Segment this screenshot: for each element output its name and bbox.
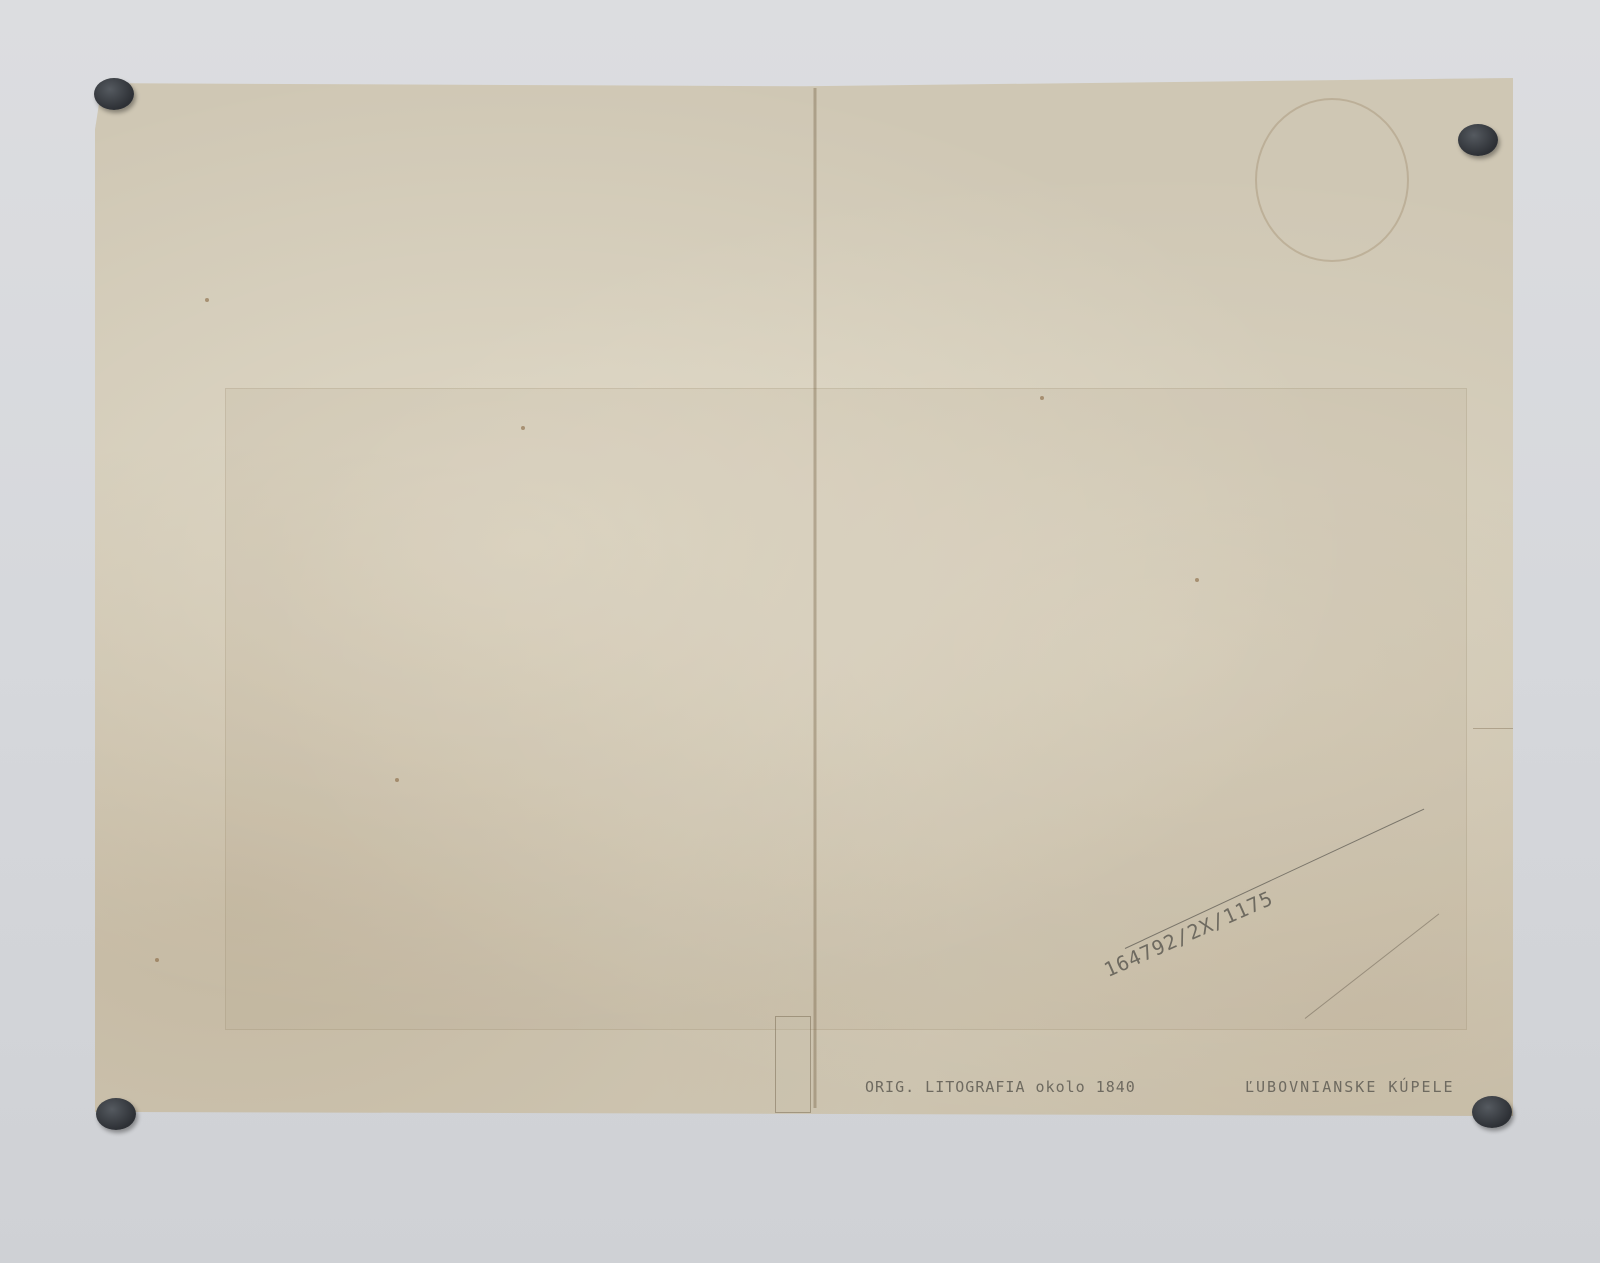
foxing-spot	[1195, 578, 1199, 582]
tape-repair-strip	[775, 1016, 811, 1113]
location-title-note: ĽUBOVNIANSKE KÚPELE	[1245, 1078, 1455, 1096]
lithograph-sheet-verso: 164792/2X/1175 ORIG. LITOGRAFIA okolo 18…	[95, 78, 1513, 1116]
foxing-spot	[205, 298, 209, 302]
foxing-spot	[395, 778, 399, 782]
edge-tear	[1473, 728, 1513, 745]
foxing-spot	[521, 426, 525, 430]
magnet-top-left	[94, 78, 134, 110]
foxing-spot	[1040, 396, 1044, 400]
magnet-bottom-right	[1472, 1096, 1512, 1128]
plate-show-through	[225, 388, 1467, 1030]
photo-stage: 164792/2X/1175 ORIG. LITOGRAFIA okolo 18…	[0, 0, 1600, 1263]
water-ring-stain	[1255, 98, 1409, 262]
magnet-top-right	[1458, 124, 1498, 156]
foxing-spot	[155, 958, 159, 962]
magnet-bottom-left	[96, 1098, 136, 1130]
medium-date-note: ORIG. LITOGRAFIA okolo 1840	[865, 1078, 1136, 1096]
center-fold-line	[813, 88, 817, 1108]
